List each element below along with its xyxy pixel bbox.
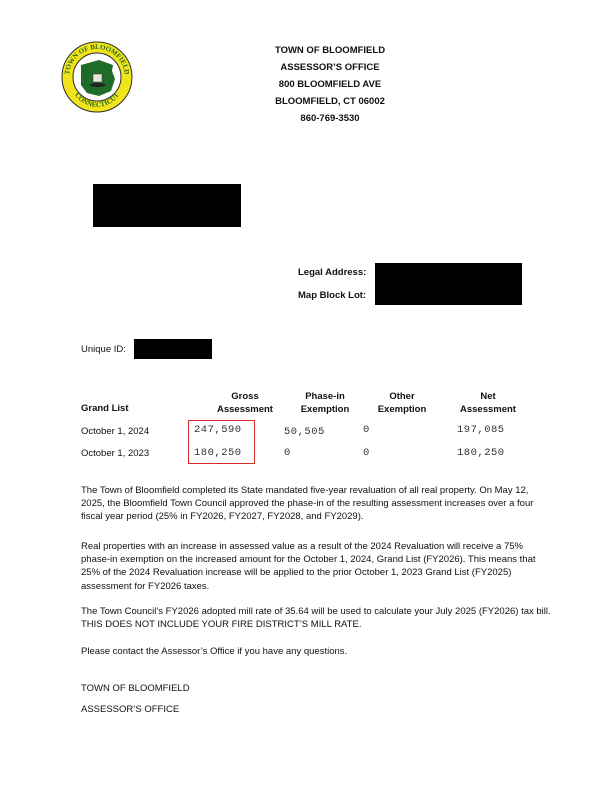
signature-office: ASSESSOR’S OFFICE [81, 704, 179, 715]
col-grand-list: Grand List [81, 403, 129, 414]
paragraph-phase-in: Real properties with an increase in asse… [81, 540, 551, 593]
redacted-recipient [93, 184, 241, 227]
row-phase-in: 0 [284, 447, 291, 459]
letterhead-town: TOWN OF BLOOMFIELD [200, 42, 460, 59]
col-phase-in-exemption: Phase-in Exemption [285, 390, 365, 416]
paragraph-revaluation: The Town of Bloomfield completed its Sta… [81, 484, 551, 524]
redacted-unique-id [134, 339, 212, 359]
col-net-assessment: Net Assessment [448, 390, 528, 416]
row-phase-in: 50,505 [284, 426, 325, 438]
row-net: 180,250 [457, 447, 505, 459]
letterhead-city: BLOOMFIELD, CT 06002 [200, 93, 460, 110]
paragraph-contact: Please contact the Assessor’s Office if … [81, 645, 551, 658]
letterhead-address: TOWN OF BLOOMFIELD ASSESSOR’S OFFICE 800… [200, 42, 460, 127]
row-other: 0 [363, 424, 370, 436]
col-gross-assessment: Gross Assessment [205, 390, 285, 416]
redacted-legal-address [375, 263, 522, 305]
letterhead-office: ASSESSOR’S OFFICE [200, 59, 460, 76]
map-block-lot-label: Map Block Lot: [298, 290, 366, 301]
row-grand-list: October 1, 2023 [81, 448, 149, 459]
unique-id-label: Unique ID: [81, 344, 126, 355]
col-other-exemption: Other Exemption [362, 390, 442, 416]
letterhead-phone: 860-769-3530 [200, 110, 460, 127]
gross-assessment-highlight [188, 420, 255, 464]
row-net: 197,085 [457, 424, 505, 436]
legal-address-label: Legal Address: [298, 267, 366, 278]
town-seal-logo: TOWN OF BLOOMFIELD CONNECTICUT [61, 41, 133, 113]
row-grand-list: October 1, 2024 [81, 426, 149, 437]
signature-town: TOWN OF BLOOMFIELD [81, 683, 190, 694]
row-other: 0 [363, 447, 370, 459]
letterhead-street: 800 BLOOMFIELD AVE [200, 76, 460, 93]
paragraph-mill-rate: The Town Council’s FY2026 adopted mill r… [81, 605, 551, 631]
